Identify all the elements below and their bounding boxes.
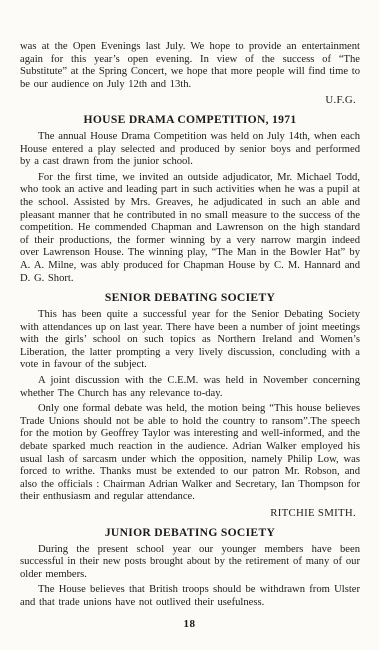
magazine-page: was at the Open Evenings last July. We h… bbox=[0, 0, 379, 650]
house-drama-paragraph-2: For the first time, we invited an outsid… bbox=[20, 172, 360, 285]
section-open-evenings: was at the Open Evenings last July. We h… bbox=[20, 41, 360, 107]
page-content: was at the Open Evenings last July. We h… bbox=[0, 0, 379, 610]
junior-debating-paragraph-1: During the present school year our young… bbox=[20, 544, 360, 582]
junior-debating-paragraph-2: The House believes that British troops s… bbox=[20, 584, 360, 609]
junior-debating-heading: JUNIOR DEBATING SOCIETY bbox=[20, 526, 360, 539]
house-drama-heading: HOUSE DRAMA COMPETITION, 1971 bbox=[20, 113, 360, 126]
senior-debating-paragraph-2: A joint discussion with the C.E.M. was h… bbox=[20, 375, 360, 400]
senior-debating-paragraph-1: This has been quite a successful year fo… bbox=[20, 309, 360, 372]
house-drama-paragraph-1: The annual House Drama Competition was h… bbox=[20, 131, 360, 169]
section-junior-debating: JUNIOR DEBATING SOCIETY During the prese… bbox=[20, 526, 360, 610]
signature-ritchie-smith: RITCHIE SMITH. bbox=[20, 507, 360, 520]
open-evenings-paragraph: was at the Open Evenings last July. We h… bbox=[20, 41, 360, 91]
section-house-drama-competition: HOUSE DRAMA COMPETITION, 1971 The annual… bbox=[20, 113, 360, 285]
senior-debating-paragraph-3: Only one formal debate was held, the mot… bbox=[20, 403, 360, 504]
signature-ufg: U.F.G. bbox=[20, 94, 360, 107]
page-number: 18 bbox=[0, 618, 379, 630]
senior-debating-heading: SENIOR DEBATING SOCIETY bbox=[20, 291, 360, 304]
section-senior-debating: SENIOR DEBATING SOCIETY This has been qu… bbox=[20, 291, 360, 520]
